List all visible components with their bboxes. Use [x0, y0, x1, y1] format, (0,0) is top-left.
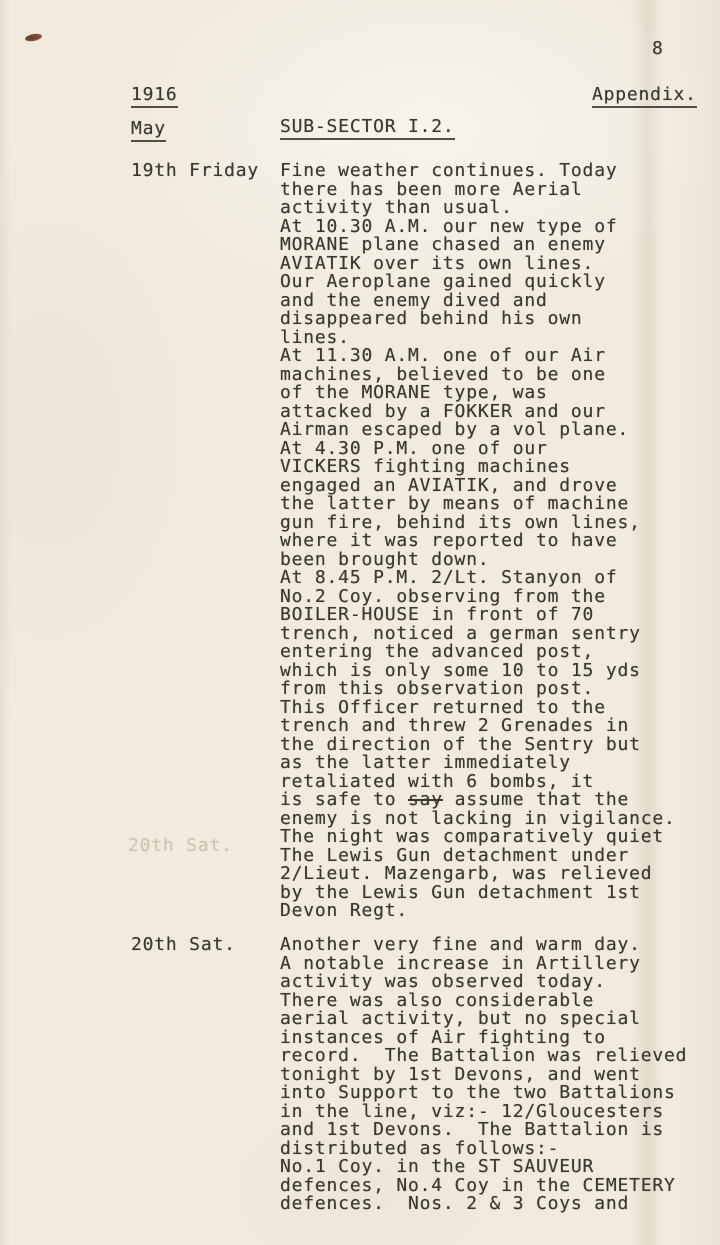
document-page: 8 1916 Appendix. May SUB-SECTOR I.2. 20t…: [0, 0, 720, 1245]
text-line: defences. Nos. 2 & 3 Coys and: [280, 1195, 687, 1214]
entry-date: 20th Sat.: [131, 936, 280, 955]
text-line: Devon Regt.: [280, 902, 676, 921]
section-title: SUB-SECTOR I.2.: [280, 118, 455, 140]
section-title-text: SUB-SECTOR I.2.: [280, 118, 455, 140]
diary-entry-20th-sat: 20th Sat. Another very fine and warm day…: [131, 936, 687, 1214]
month-heading-text: May: [131, 120, 166, 142]
paper-speck: [25, 33, 43, 43]
entry-date: 19th Friday: [131, 162, 280, 181]
diary-entry-19th-friday: 19th Friday Fine weather continues. Toda…: [131, 162, 676, 921]
year-heading-text: 1916: [131, 86, 178, 108]
month-heading: May: [131, 120, 166, 142]
appendix-label: Appendix.: [592, 86, 697, 108]
year-heading: 1916: [131, 86, 178, 108]
appendix-label-text: Appendix.: [592, 86, 697, 108]
entry-body: Another very fine and warm day.A notable…: [280, 936, 687, 1214]
entry-body: Fine weather continues. Todaythere has b…: [280, 162, 676, 921]
page-number: 8: [652, 40, 664, 59]
